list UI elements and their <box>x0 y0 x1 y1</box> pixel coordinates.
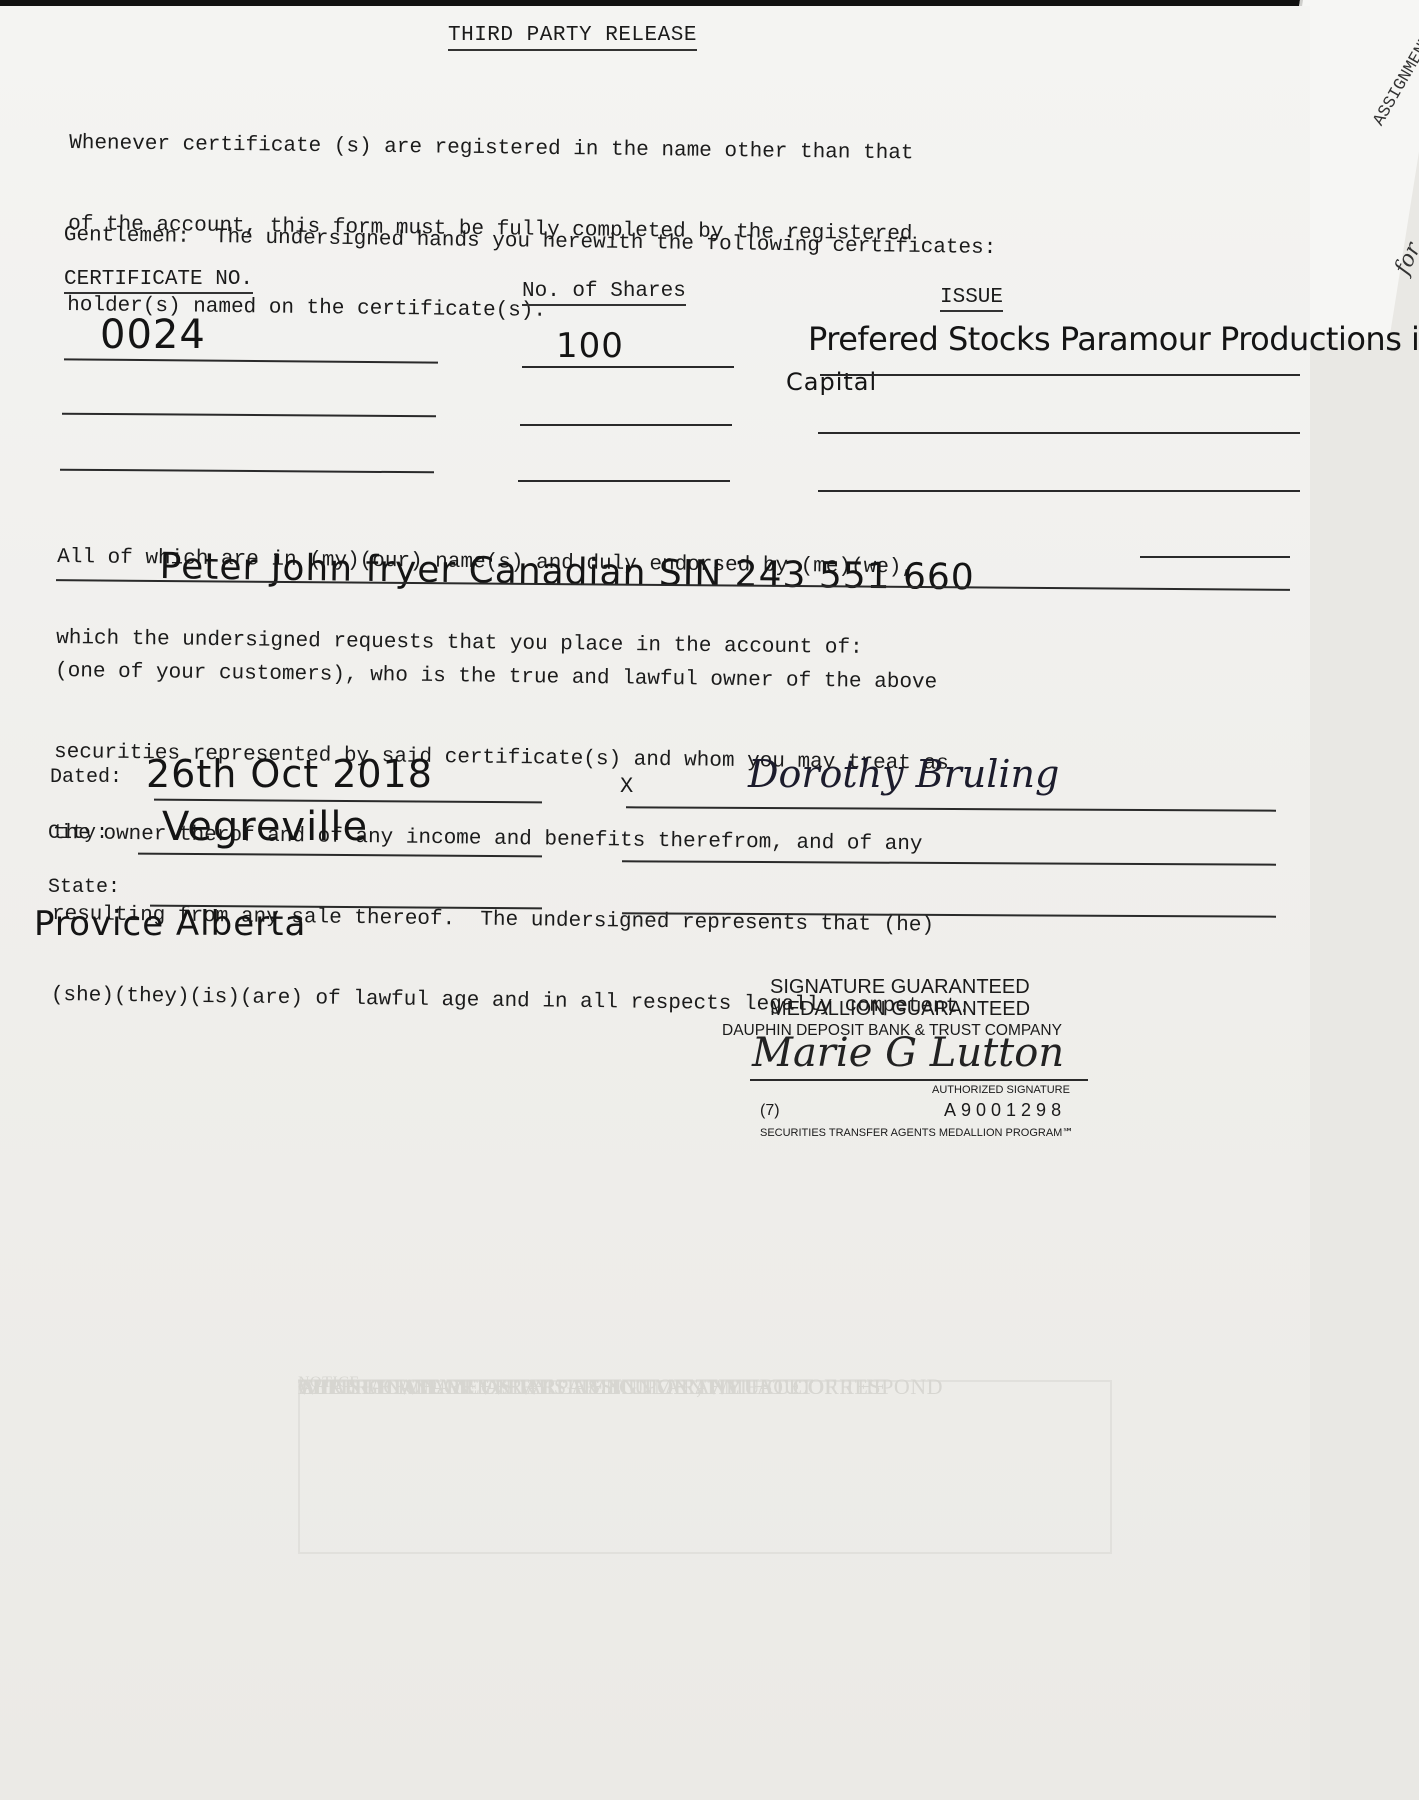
authorized-signature-line <box>750 1079 1088 1081</box>
dated-label: Dated: <box>50 766 122 789</box>
intro-line: Whenever certificate (s) are registered … <box>69 130 914 167</box>
city-value[interactable]: Vegreville <box>162 804 368 850</box>
city-label: City: <box>48 822 108 845</box>
form-title: THIRD PARTY RELEASE <box>448 24 697 51</box>
medallion-program: SECURITIES TRANSFER AGENTS MEDALLION PRO… <box>760 1126 1074 1139</box>
issue-line-1 <box>820 374 1300 376</box>
shares-line-1 <box>522 366 734 368</box>
certificate-no-value[interactable]: 0024 <box>100 312 206 358</box>
shares-value[interactable]: 100 <box>556 326 624 366</box>
issue-line-2 <box>818 432 1300 434</box>
state-value[interactable]: Provice Alberta <box>34 904 306 944</box>
shares-line-3 <box>518 480 730 482</box>
column-header-issue: ISSUE <box>940 286 1003 312</box>
account-of-trailing-line <box>1140 556 1290 558</box>
issue-value[interactable]: Prefered Stocks Paramour Productions ive <box>808 320 1419 358</box>
stamp-code-prefix: (7) <box>760 1102 780 1120</box>
column-header-certificate-no: CERTIFICATE NO. <box>64 268 253 294</box>
stamp-line-signature-guaranteed: SIGNATURE GUARANTEED <box>770 976 1030 999</box>
dated-value[interactable]: 26th Oct 2018 <box>146 752 433 796</box>
medallion-number: A9001298 <box>944 1100 1066 1121</box>
ownership-line: (one of your customers), who is the true… <box>55 658 975 697</box>
issue-line-3 <box>818 490 1300 492</box>
authorized-signature-value: Marie G Lutton <box>752 1030 1064 1076</box>
state-label: State: <box>48 876 120 899</box>
column-header-no-of-shares: No. of Shares <box>522 280 686 306</box>
bleed-through-line: CHANGE WHATEVER <box>298 1374 523 1400</box>
signature-value[interactable]: Dorothy Bruling <box>748 752 1059 796</box>
authorized-signature-label: AUTHORIZED SIGNATURE <box>932 1084 1070 1096</box>
signature-marker: X <box>620 774 633 799</box>
issue-value-continued[interactable]: Capital <box>786 368 877 396</box>
stamp-line-medallion-guaranteed: MEDALLION GUARANTEED <box>770 998 1030 1021</box>
bleed-through-box <box>298 1380 1112 1554</box>
shares-line-2 <box>520 424 732 426</box>
